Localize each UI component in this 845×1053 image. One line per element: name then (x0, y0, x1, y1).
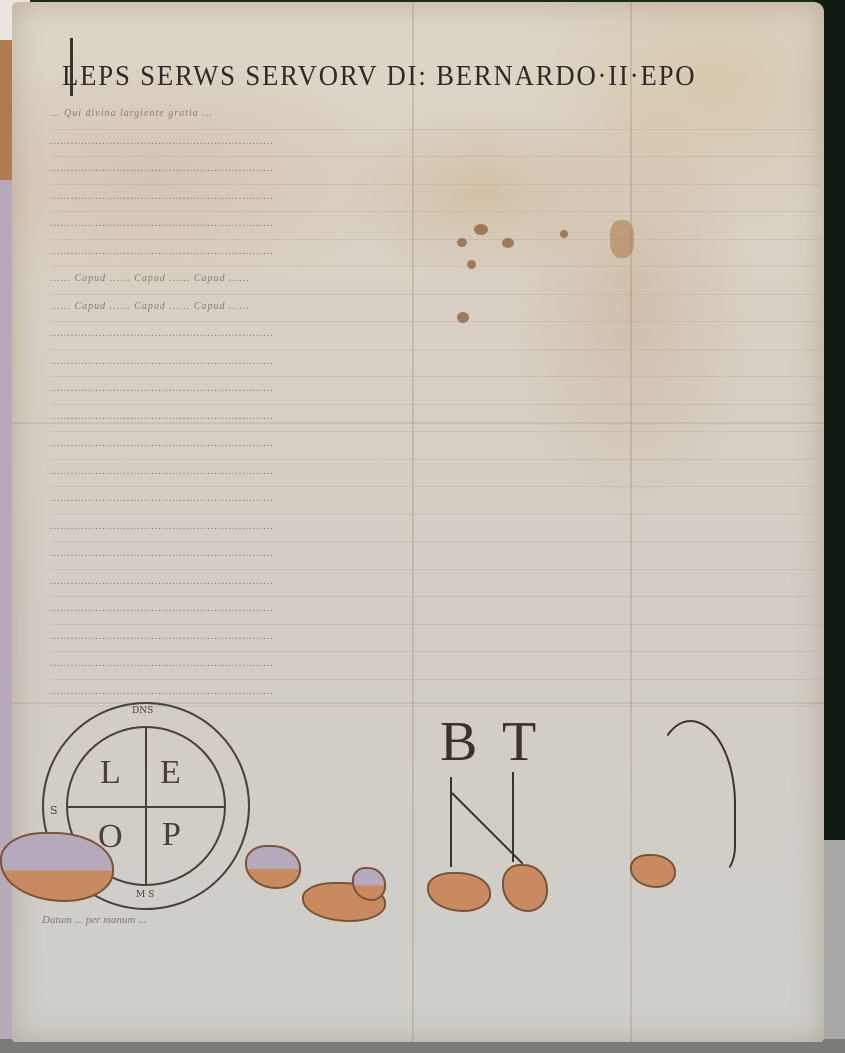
parchment-hole (427, 872, 491, 912)
ink-stain (457, 238, 467, 247)
text-line: ........................................… (50, 542, 820, 570)
text-line: ........................................… (50, 185, 820, 213)
text-line: ...... Capud ...... Capud ...... Capud .… (50, 267, 820, 295)
monogram-letter-b: B (440, 710, 477, 774)
text-line: ........................................… (50, 377, 820, 405)
monogram-stroke (450, 777, 452, 867)
text-line: ........................................… (50, 157, 820, 185)
rota-letter: P (162, 816, 181, 854)
text-line: ........................................… (50, 652, 820, 680)
ink-stain (610, 220, 634, 258)
text-line: ........................................… (50, 515, 820, 543)
text-line: ........................................… (50, 212, 820, 240)
rota-inscription: M S (136, 890, 154, 900)
monogram-flourish (652, 720, 736, 874)
rota-letter: E (160, 754, 181, 792)
text-line: ........................................… (50, 240, 820, 268)
text-line: ... Qui divina largiente gratia ... (50, 102, 820, 130)
text-line: ........................................… (50, 487, 820, 515)
parchment-hole (0, 832, 114, 902)
text-line: ........................................… (50, 322, 820, 350)
text-line: ........................................… (50, 350, 820, 378)
parchment-hole (502, 864, 548, 912)
ink-stain (457, 312, 469, 323)
monogram-stroke (512, 772, 514, 862)
ink-stain (467, 260, 476, 269)
parchment-sheet: LEPS SERWS SERVORV DI: BERNARDO·II·EPO .… (12, 2, 824, 1042)
ink-stain (560, 230, 568, 238)
rota-letter: L (100, 754, 121, 792)
text-line: ........................................… (50, 570, 820, 598)
text-line: ........................................… (50, 597, 820, 625)
monogram-letter-t: T (502, 710, 536, 774)
parchment-hole (630, 854, 676, 888)
text-line: ........................................… (50, 460, 820, 488)
document-heading: LEPS SERWS SERVORV DI: BERNARDO·II·EPO (62, 60, 696, 93)
text-line: ........................................… (50, 405, 820, 433)
ink-stain (474, 224, 488, 235)
text-line: ........................................… (50, 130, 820, 158)
rota-inscription: S (50, 804, 58, 817)
text-line: ........................................… (50, 625, 820, 653)
document-body: ... Qui divina largiente gratia ... ....… (50, 102, 820, 707)
rota-cross-bar (145, 728, 147, 884)
text-line: ...... Capud ...... Capud ...... Capud .… (50, 295, 820, 323)
ink-stain (502, 238, 514, 248)
dating-line: Datum ... per manum ... (42, 914, 147, 926)
parchment-hole (245, 845, 301, 889)
rota-inscription: DNS (132, 706, 153, 716)
text-line: ........................................… (50, 432, 820, 460)
